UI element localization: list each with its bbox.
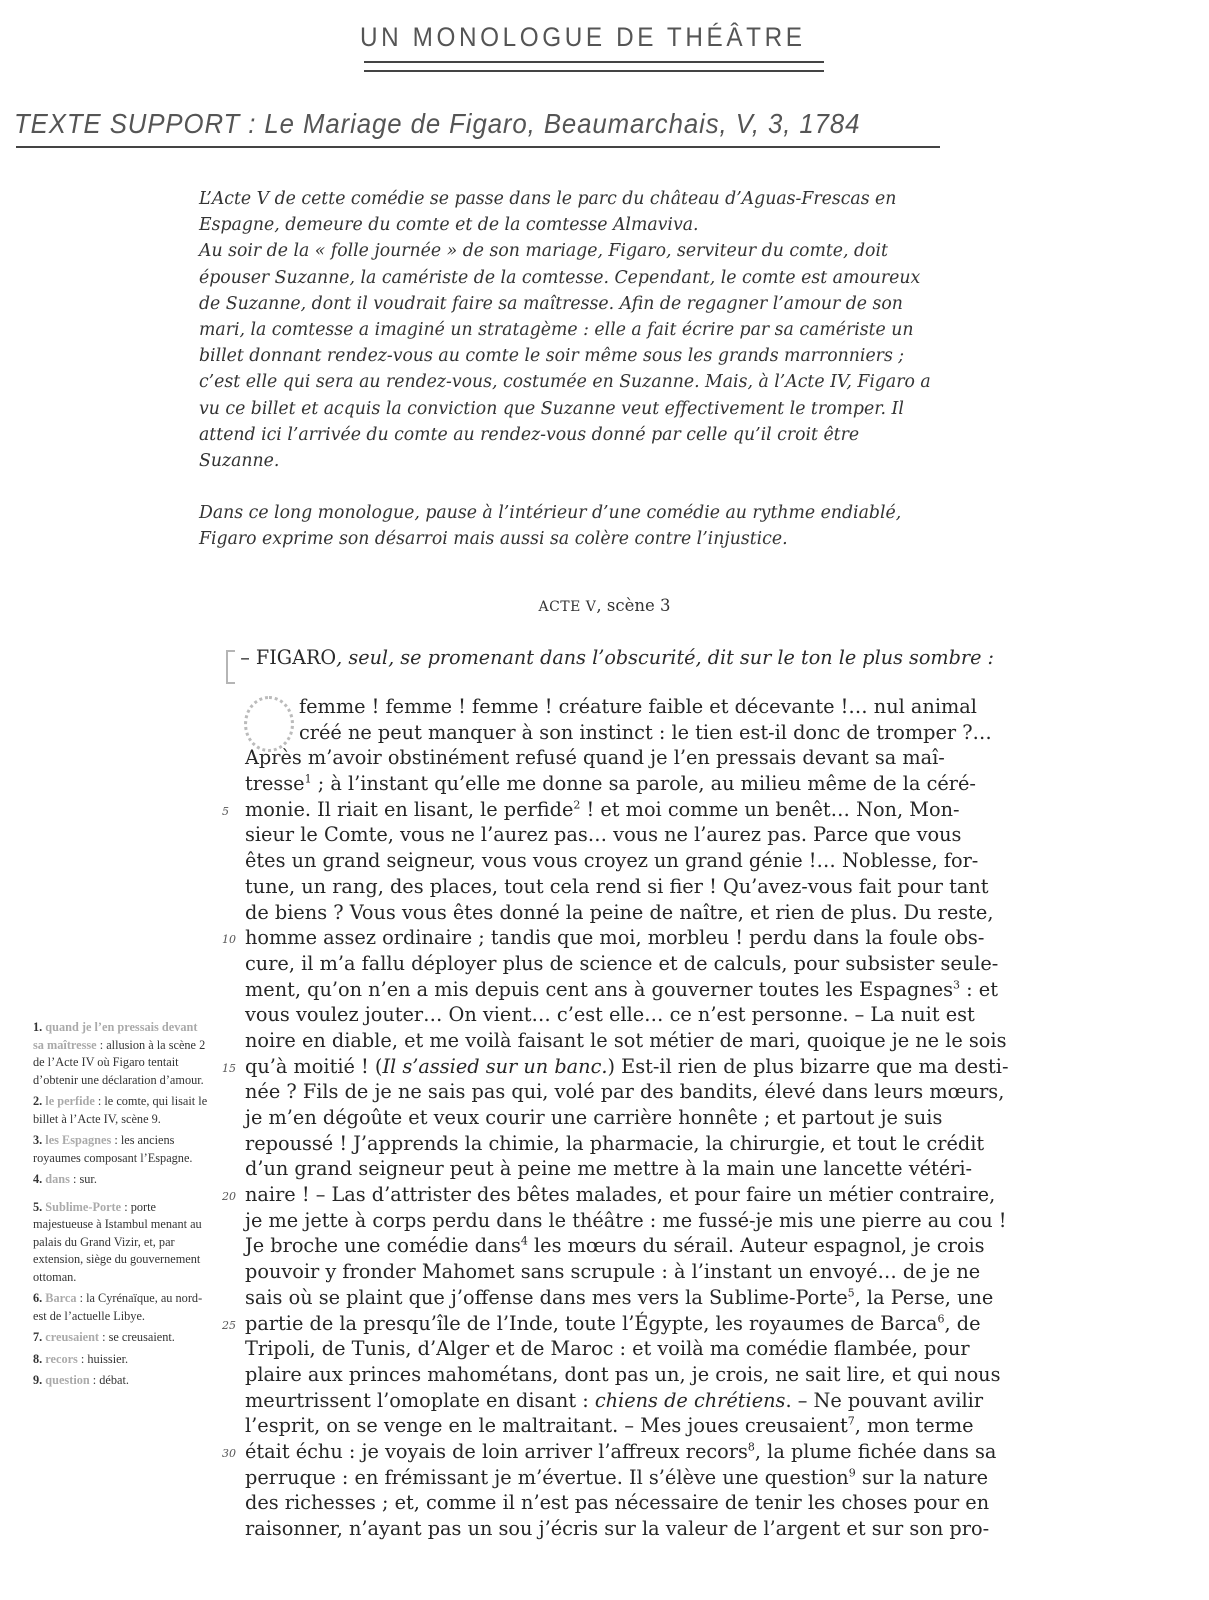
text-line: homme assez ordinaire ; tandis que moi, … [245,925,931,951]
footnote-number: 6. [33,1291,45,1305]
text-line: Je broche une comédie dans4 les mœurs du… [245,1233,931,1259]
introduction: L’Acte V de cette comédie se passe dans … [199,186,933,553]
footnote-term: question [45,1373,89,1387]
act-label: ACTE V [538,599,596,615]
text-line: vous voulez jouter… On vient… c’est elle… [245,1002,931,1028]
title-underline [364,61,824,63]
footnote: 1. quand je l’en pressais devant sa maît… [33,1019,208,1089]
text-line: partie de la presqu’île de l’Inde, toute… [245,1311,931,1337]
text-line: était échu : je voyais de loin arriver l… [245,1439,931,1465]
footnote-number: 7. [33,1330,45,1344]
footnote-number: 1. [33,1020,45,1034]
text-line: tune, un rang, des places, tout cela ren… [245,874,931,900]
footnote-number: 9. [33,1373,45,1387]
text-line: tresse1 ; à l’instant qu’elle me donne s… [245,771,931,797]
footnote: 6. Barca : la Cyrénaïque, au nord-est de… [33,1290,208,1325]
text-line: noire en diable, et me voilà faisant le … [245,1028,931,1054]
text-line: Tripoli, de Tunis, d’Alger et de Maroc :… [245,1336,931,1362]
footnotes: 1. quand je l’en pressais devant sa maît… [33,1019,208,1394]
footnote-term: creusaient [45,1330,99,1344]
footnote-definition: : huissier. [78,1352,128,1366]
footnote: 7. creusaient : se creusaient. [33,1329,208,1347]
text-line: d’un grand seigneur peut à peine me mett… [245,1156,931,1182]
footnote-term: dans [45,1172,70,1186]
text-line: raisonner, n’ayant pas un sou j’écris su… [245,1516,931,1542]
text-line: femme ! femme ! femme ! créature faible … [245,694,931,720]
line-number: 20 [222,1190,236,1203]
footnote-number: 4. [33,1172,45,1186]
stage-text: , seul, se promenant dans l’obscurité, d… [336,646,994,669]
line-number: 30 [222,1447,236,1460]
text-line: meurtrissent l’omoplate en disant : chie… [245,1388,931,1414]
footnote-definition: : se creusaient. [99,1330,175,1344]
text-line: sais où se plaint que j’offense dans mes… [245,1285,931,1311]
scene-heading: ACTE V, scène 3 [0,596,1209,615]
text-line: perruque : en frémissant je m’évertue. I… [245,1465,931,1491]
handwritten-source: TEXTE SUPPORT : Le Mariage de Figaro, Be… [14,108,860,140]
character-name: FIGARO [256,646,336,669]
handwritten-title: UN MONOLOGUE DE THÉÂTRE [360,22,806,53]
footnote-definition: : débat. [90,1373,129,1387]
footnote: 4. dans : sur. [33,1171,208,1189]
intro-paragraph-1: L’Acte V de cette comédie se passe dans … [199,186,933,238]
footnote-number: 3. [33,1133,45,1147]
line-number: 5 [222,805,229,818]
line-number: 25 [222,1319,236,1332]
footnote-definition: : sur. [70,1172,97,1186]
text-line: l’esprit, on se venge en le maltraitant.… [245,1413,931,1439]
footnote: 9. question : débat. [33,1372,208,1390]
text-line: êtes un grand seigneur, vous vous croyez… [245,848,931,874]
text-line: je m’en dégoûte et veux courir une carri… [245,1105,931,1131]
source-underline [16,146,940,148]
text-line: repoussé ! J’apprends la chimie, la phar… [245,1131,931,1157]
intro-paragraph-3: Dans ce long monologue, pause à l’intéri… [199,500,933,552]
footnote-term: Barca [45,1291,76,1305]
footnote: 5. Sublime-Porte : porte majestueuse à I… [33,1199,208,1287]
text-line: pouvoir y fronder Mahomet sans scrupule … [245,1259,931,1285]
footnote-term: le perfide [45,1094,95,1108]
footnote: 2. le perfide : le comte, qui lisait le … [33,1093,208,1128]
footnote-term: les Espagnes [45,1133,111,1147]
footnote: 3. les Espagnes : les anciens royaumes c… [33,1132,208,1167]
text-line: ment, qu’on n’en a mis depuis cent ans à… [245,977,931,1003]
text-line: je me jette à corps perdu dans le théâtr… [245,1208,931,1234]
dash: – [240,646,256,669]
text-line: créé ne peut manquer à son instinct : le… [245,720,931,746]
text-line: cure, il m’a fallu déployer plus de scie… [245,951,931,977]
monologue-text: femme ! femme ! femme ! créature faible … [245,694,931,1542]
text-line: qu’à moitié ! (Il s’assied sur un banc.)… [245,1054,931,1080]
footnote-number: 5. [33,1200,45,1214]
intro-paragraph-2: Au soir de la « folle journée » de son m… [199,238,933,474]
text-line: des richesses ; et, comme il n’est pas n… [245,1490,931,1516]
text-line: sieur le Comte, vous ne l’aurez pas… vou… [245,822,931,848]
footnote-number: 2. [33,1094,45,1108]
text-line: de biens ? Vous vous êtes donné la peine… [245,900,931,926]
text-line: monie. Il riait en lisant, le perfide2 !… [245,797,931,823]
footnote-number: 8. [33,1352,45,1366]
line-number: 10 [222,933,236,946]
text-line: naire ! – Las d’attrister des bêtes mala… [245,1182,931,1208]
footnote-term: recors [45,1352,78,1366]
footnote: 8. recors : huissier. [33,1351,208,1369]
title-underline-2 [364,70,824,72]
text-line: plaire aux princes mahométans, dont pas … [245,1362,931,1388]
line-number: 15 [222,1062,236,1075]
footnote-term: Sublime-Porte [45,1200,121,1214]
stage-direction: – FIGARO, seul, se promenant dans l’obsc… [228,646,994,669]
text-line: Après m’avoir obstinément refusé quand j… [245,745,931,771]
text-line: née ? Fils de je ne sais pas qui, volé p… [245,1079,931,1105]
scene-label: , scène 3 [596,596,670,615]
